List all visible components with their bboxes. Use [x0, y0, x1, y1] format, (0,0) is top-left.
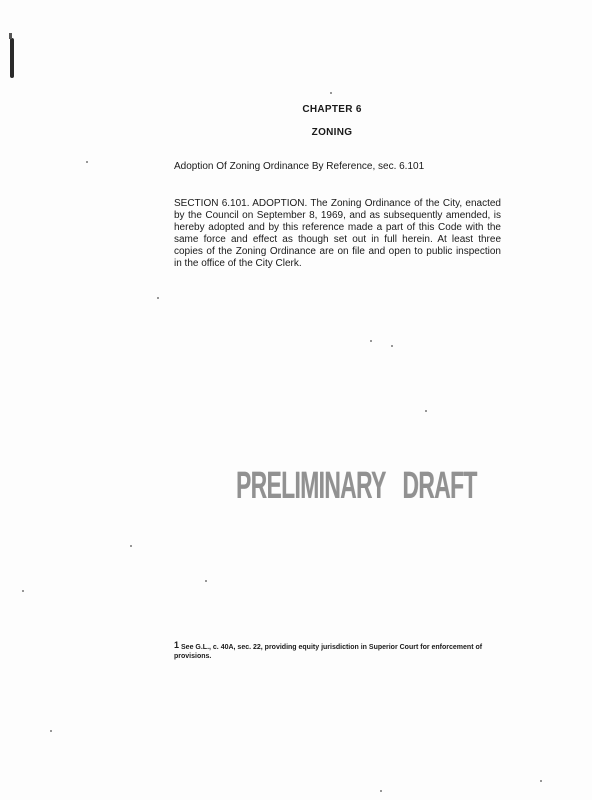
scan-speck — [391, 345, 393, 347]
stamp-word-preliminary: PRELIMINARY — [236, 465, 386, 507]
margin-binding-mark — [10, 38, 14, 78]
scan-speck — [330, 92, 332, 94]
scan-speck — [425, 410, 427, 412]
chapter-title: ZONING — [0, 127, 592, 138]
scan-speck — [86, 161, 88, 163]
section-heading: Adoption Of Zoning Ordinance By Referenc… — [174, 161, 424, 172]
scan-speck — [22, 590, 24, 592]
scan-speck — [380, 790, 382, 792]
stamp-word-draft: DRAFT — [402, 465, 476, 507]
scan-speck — [370, 340, 372, 342]
scan-speck — [130, 545, 132, 547]
document-page: CHAPTER 6 ZONING Adoption Of Zoning Ordi… — [0, 0, 592, 800]
footnote-marker: 1 — [174, 640, 179, 650]
scan-speck — [157, 297, 159, 299]
scan-speck — [540, 780, 542, 782]
chapter-number: CHAPTER 6 — [0, 104, 592, 115]
scan-speck — [50, 730, 52, 732]
footnote: 1See G.L., c. 40A, sec. 22, providing eq… — [174, 641, 514, 661]
scan-speck — [205, 580, 207, 582]
preliminary-draft-stamp: PRELIMINARYDRAFT — [236, 466, 356, 506]
footnote-text: See G.L., c. 40A, sec. 22, providing equ… — [174, 644, 482, 660]
section-body: SECTION 6.101. ADOPTION. The Zoning Ordi… — [174, 198, 501, 270]
